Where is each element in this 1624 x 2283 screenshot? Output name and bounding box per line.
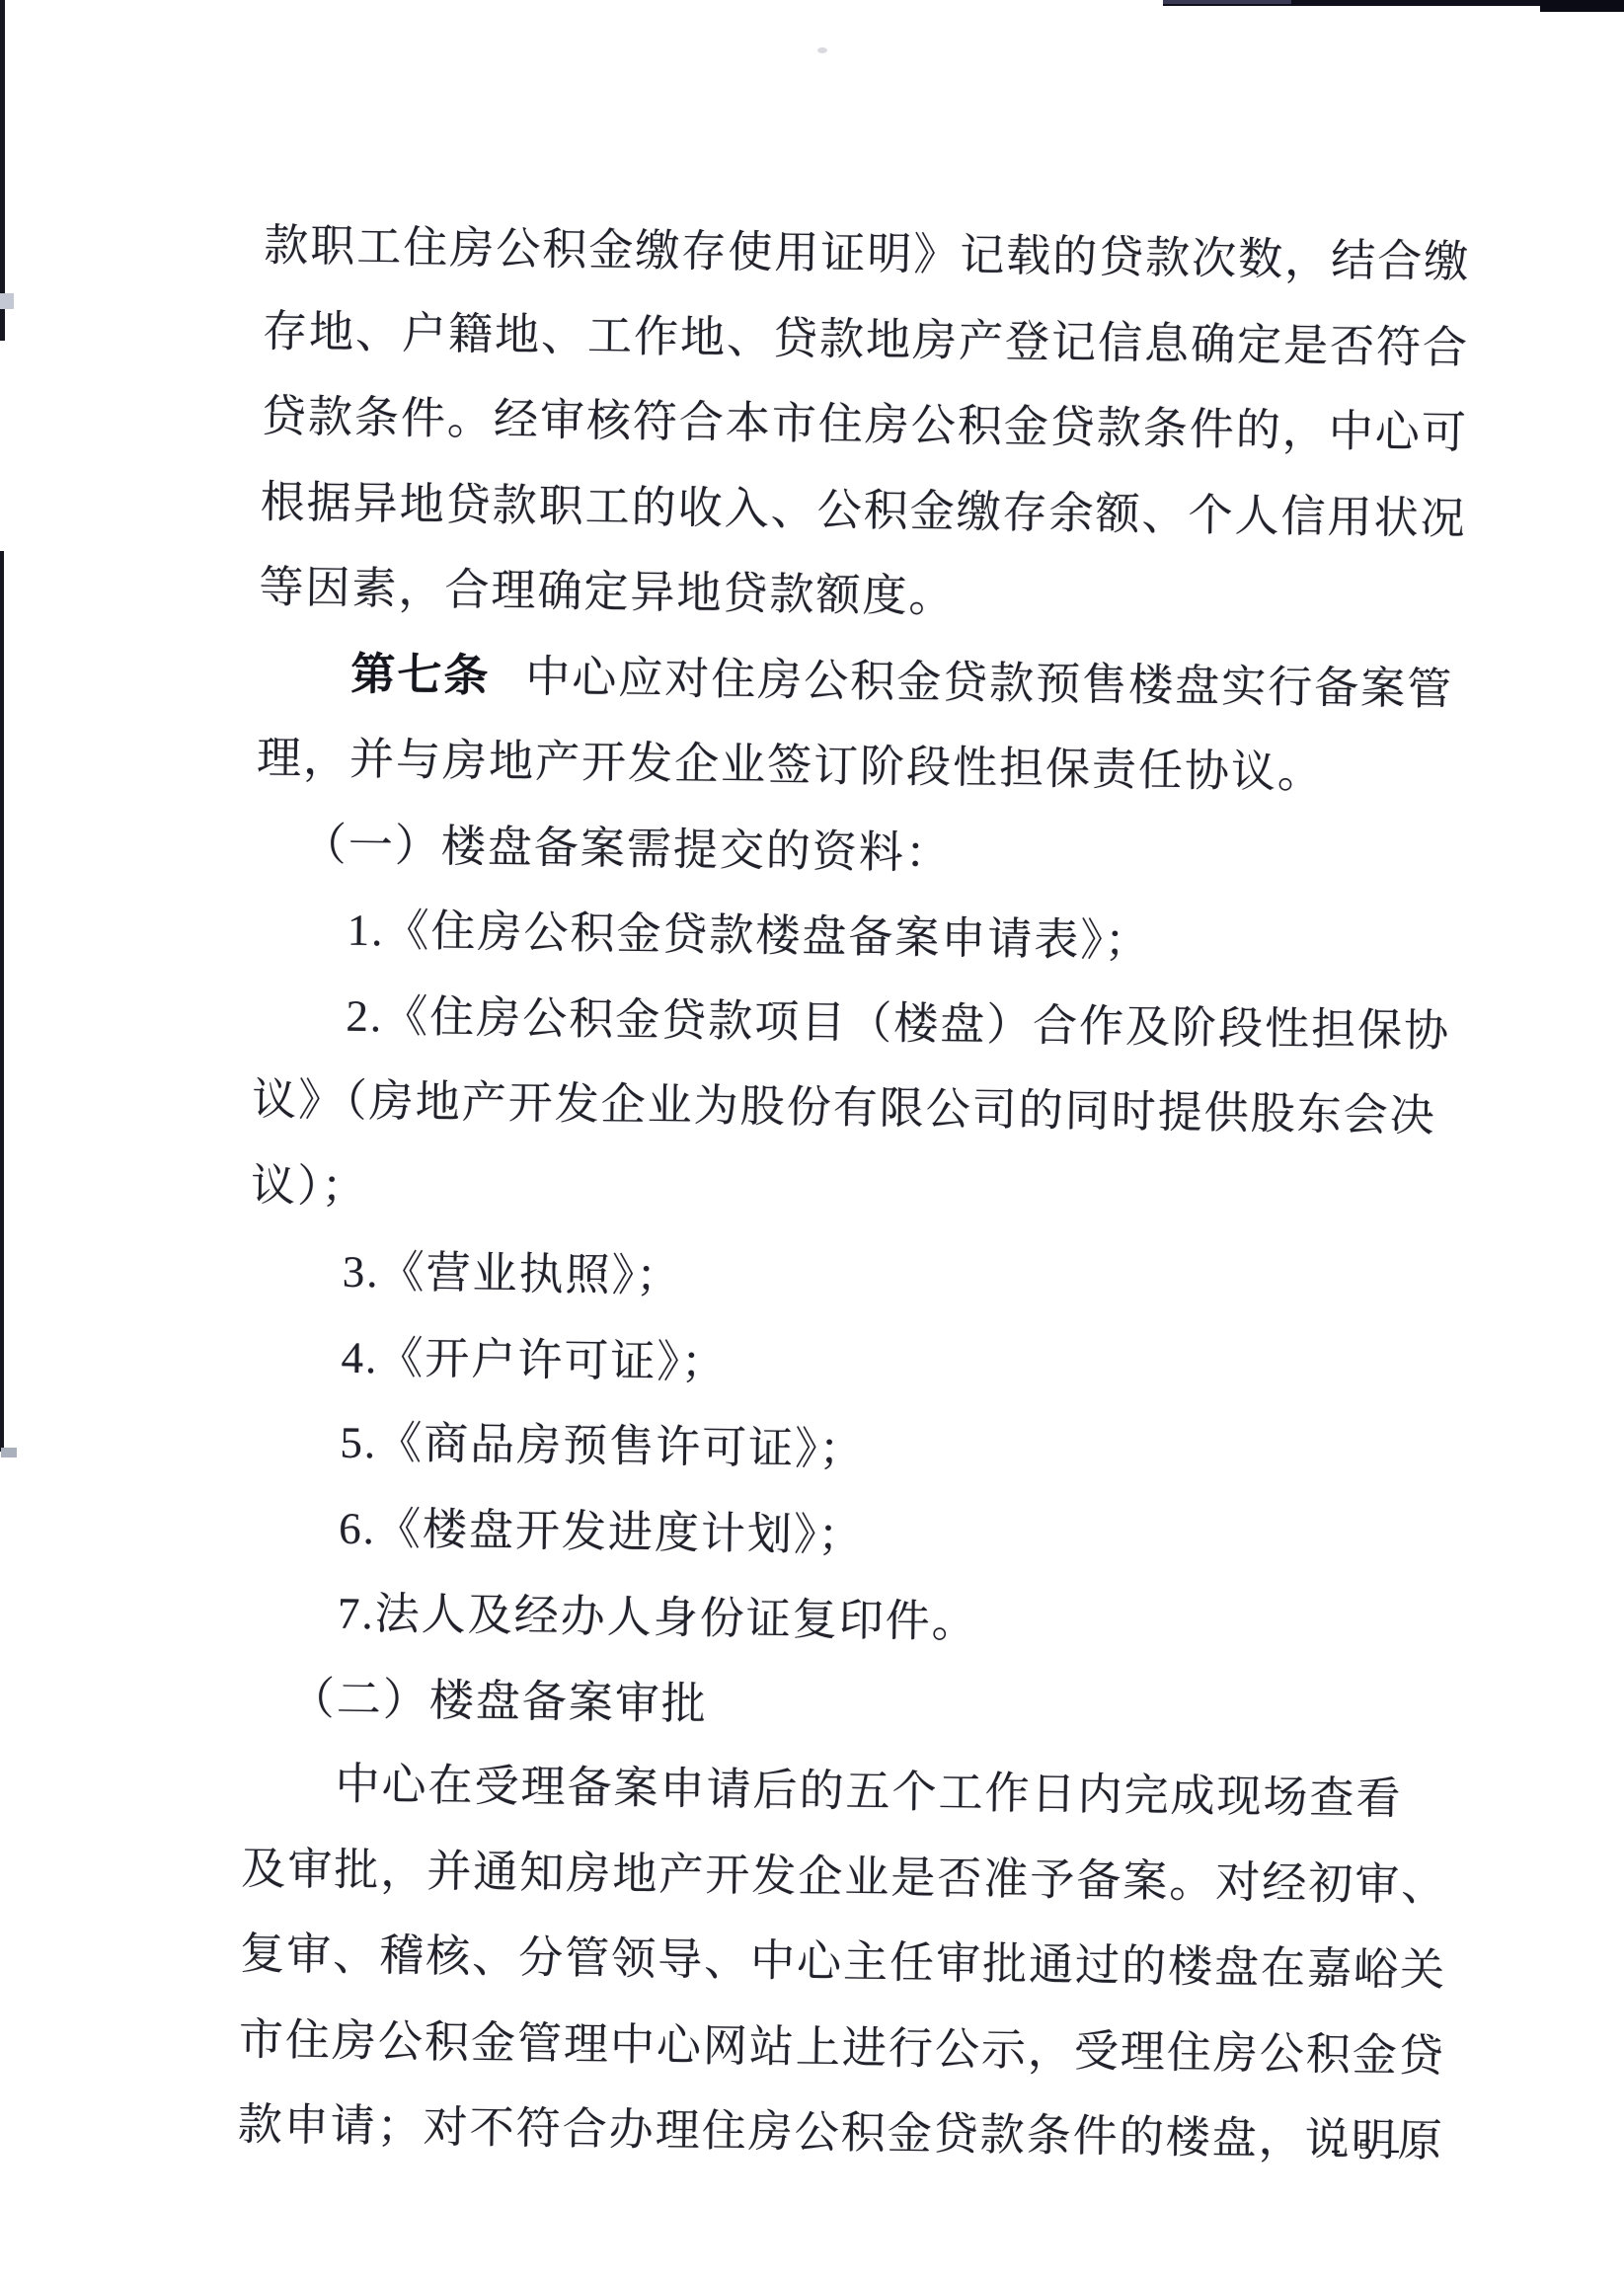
line-text: 款申请；对不符合办理住房公积金贷款条件的楼盘，说明原: [237, 2099, 1444, 2165]
line-text: 款职工住房公积金缴存使用证明》记载的贷款次数，结合缴: [264, 221, 1471, 287]
line-text: 7.法人及经办人身份证复印件。: [338, 1589, 978, 1647]
text-line: 复审、稽核、分管领导、中心主任审批通过的楼盘在嘉峪关: [240, 1911, 1455, 2013]
text-line-list-item: 1.《住房公积金贷款楼盘备案申请表》；: [254, 886, 1469, 988]
text-line: 款职工住房公积金缴存使用证明》记载的贷款次数，结合缴: [264, 203, 1479, 306]
text-line-list-item: 3.《营业执照》；: [249, 1227, 1464, 1330]
line-text: （一）楼盘备案需提交的资料：: [302, 820, 953, 878]
line-text: 议》（房地产开发企业为股份有限公司的同时提供股东会决: [252, 1074, 1436, 1141]
scan-artifact-smudge: [817, 47, 827, 53]
text-line-list-item: 7.法人及经办人身份证复印件。: [244, 1569, 1459, 1672]
text-line: 理，并与房地产开发企业签订阶段性担保责任协议。: [256, 715, 1471, 818]
line-text: 中心应对住房公积金贷款预售楼盘实行备案管: [525, 652, 1454, 714]
article-number-bold: 第七条: [350, 649, 491, 700]
text-line: 中心在受理备案申请后的五个工作日内完成现场查看: [242, 1740, 1457, 1843]
line-text: 2.《住房公积金贷款项目（楼盘）合作及阶段性担保协: [346, 990, 1450, 1056]
scanned-document-page: 款职工住房公积金缴存使用证明》记载的贷款次数，结合缴 存地、户籍地、工作地、贷款…: [0, 0, 1624, 2283]
scan-artifact-top-bar-fade: [1163, 0, 1291, 4]
line-text: 及审批，并通知房地产开发企业是否准予备案。对经初审、: [241, 1844, 1448, 1910]
line-text: 5.《商品房预售许可证》；: [340, 1418, 866, 1474]
line-text: 6.《楼盘开发进度计划》；: [339, 1503, 865, 1559]
scan-artifact-left-line-upper: [0, 0, 5, 341]
text-line: 贷款条件。经审核符合本市住房公积金贷款条件的，中心可: [261, 373, 1476, 476]
line-text: 复审、稽核、分管领导、中心主任审批通过的楼盘在嘉峪关: [240, 1929, 1447, 1995]
line-text: 存地、户籍地、工作地、贷款地房产登记信息确定是否符合: [263, 306, 1470, 372]
line-text: 理，并与房地产开发企业签订阶段性担保责任协议。: [257, 733, 1325, 797]
scan-artifact-left-tick-upper: [0, 293, 14, 309]
text-line-list-item: 5.《商品房预售许可证》；: [247, 1398, 1462, 1501]
line-text: （二）楼盘备案审批: [289, 1674, 708, 1729]
line-text: 1.《住房公积金贷款楼盘备案申请表》；: [347, 905, 1151, 966]
line-text: 等因素，合理确定异地贷款额度。: [259, 562, 956, 621]
scan-artifact-left-tick-lower: [1, 1448, 17, 1457]
text-line: 等因素，合理确定异地贷款额度。: [259, 544, 1474, 647]
line-text: 根据异地贷款职工的收入、公积金缴存余额、个人信用状况: [260, 477, 1467, 543]
scan-artifact-left-line-lower: [0, 551, 4, 1452]
text-line: 款申请；对不符合办理住房公积金贷款条件的楼盘，说明原: [237, 2082, 1452, 2184]
line-text: 议）；: [251, 1160, 368, 1212]
document-text-block: 款职工住房公积金缴存使用证明》记载的贷款次数，结合缴 存地、户籍地、工作地、贷款…: [237, 203, 1479, 2184]
line-text: 4.《开户许可证》；: [341, 1332, 728, 1386]
text-line: 议》（房地产开发企业为股份有限公司的同时提供股东会决: [252, 1057, 1467, 1159]
line-text: 中心在受理备案申请后的五个工作日内完成现场查看: [335, 1760, 1403, 1824]
line-text: 贷款条件。经审核符合本市住房公积金贷款条件的，中心可: [262, 391, 1469, 457]
line-text: 市住房公积金管理中心网站上进行公示，受理住房公积金贷: [239, 2014, 1446, 2081]
scan-artifact-top-bar-corner: [1540, 0, 1624, 12]
line-text: 3.《营业执照》；: [342, 1247, 682, 1301]
page-number: - 5 -: [1331, 2133, 1405, 2166]
